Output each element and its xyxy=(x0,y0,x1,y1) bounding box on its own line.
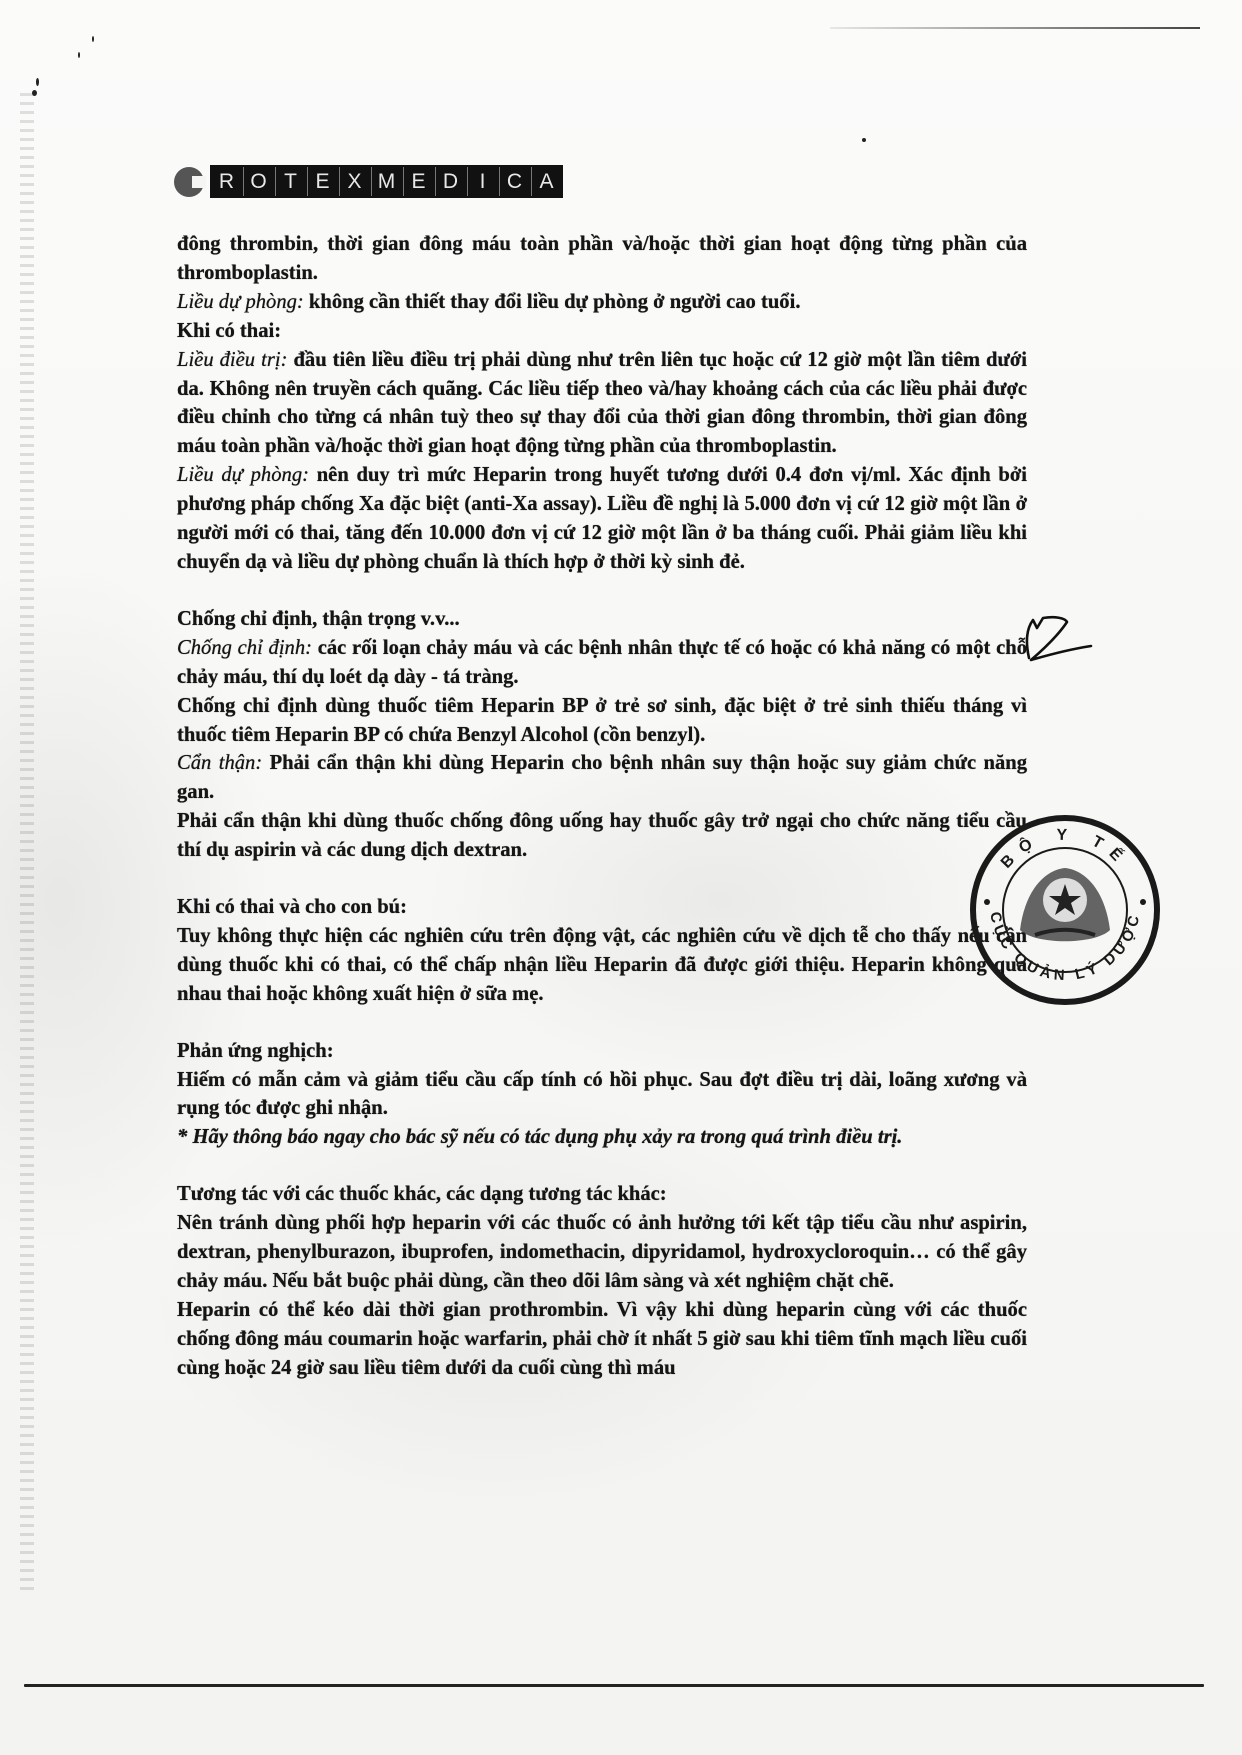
speck xyxy=(92,36,94,42)
warning-note: * Hãy thông báo ngay cho bác sỹ nếu có t… xyxy=(177,1123,1027,1152)
paragraph-text: không cần thiết thay đổi liều dự phòng ở… xyxy=(304,291,801,313)
paragraph: Hiếm có mẫn cảm và giảm tiểu cầu cấp tín… xyxy=(177,1066,1027,1124)
paragraph: đông thrombin, thời gian đông máu toàn p… xyxy=(177,230,1027,288)
logo-letter: M xyxy=(371,167,401,196)
top-rule xyxy=(830,27,1200,29)
logo-letter: E xyxy=(403,167,433,196)
paragraph-text: Phải cẩn thận khi dùng Heparin cho bệnh … xyxy=(177,752,1027,803)
paragraph-label: Chống chỉ định: xyxy=(177,637,312,659)
bottom-rule xyxy=(24,1684,1204,1687)
paragraph: Nên tránh dùng phối hợp heparin với các … xyxy=(177,1209,1027,1296)
paragraph: Tuy không thực hiện các nghiên cứu trên … xyxy=(177,922,1027,1009)
document-body: đông thrombin, thời gian đông máu toàn p… xyxy=(177,230,1027,1383)
paragraph: Chống chỉ định dùng thuốc tiêm Heparin B… xyxy=(177,692,1027,750)
logo-letter: R xyxy=(212,167,241,196)
logo-letter: D xyxy=(435,167,465,196)
speck xyxy=(862,138,866,142)
signature-mark xyxy=(1015,610,1095,670)
logo-c-symbol-icon xyxy=(174,167,204,197)
paragraph: Liều dự phòng: nên duy trì mức Heparin t… xyxy=(177,461,1027,577)
scan-edge-noise xyxy=(20,90,34,1590)
speck xyxy=(32,90,37,96)
rotexmedica-logo: R O T E X M E D I C A xyxy=(174,165,563,198)
logo-letter: T xyxy=(275,167,305,196)
paragraph-label: Liều dự phòng: xyxy=(177,464,309,486)
section-heading-contraindications: Chống chỉ định, thận trọng v.v... xyxy=(177,605,1027,634)
scanned-page: R O T E X M E D I C A đông thrombin, thờ… xyxy=(0,0,1242,1755)
paragraph: Heparin có thể kéo dài thời gian prothro… xyxy=(177,1296,1027,1383)
logo-letter: O xyxy=(243,167,273,196)
section-heading-interactions: Tương tác với các thuốc khác, các dạng t… xyxy=(177,1180,1027,1209)
logo-letter-boxes: R O T E X M E D I C A xyxy=(210,165,563,198)
paragraph-label: Liều điều trị: xyxy=(177,349,287,371)
paragraph: Cẩn thận: Phải cẩn thận khi dùng Heparin… xyxy=(177,749,1027,807)
paragraph: Liều điều trị: đầu tiên liều điều trị ph… xyxy=(177,346,1027,462)
logo-letter: C xyxy=(499,167,529,196)
paragraph-label: Liều dự phòng: xyxy=(177,291,304,313)
logo-letter: E xyxy=(307,167,337,196)
section-heading-pregnancy-lactation: Khi có thai và cho con bú: xyxy=(177,893,1027,922)
paragraph-label: Cẩn thận: xyxy=(177,752,262,774)
section-heading-pregnancy: Khi có thai: xyxy=(177,317,1027,346)
section-heading-adverse-reactions: Phản ứng nghịch: xyxy=(177,1037,1027,1066)
paragraph: Liều dự phòng: không cần thiết thay đổi … xyxy=(177,288,1027,317)
paragraph: Phải cẩn thận khi dùng thuốc chống đông … xyxy=(177,807,1027,865)
official-stamp-icon: BỘ Y TẾ CỤC QUẢN LÝ DƯỢC xyxy=(965,810,1165,1010)
speck xyxy=(78,52,80,58)
speck xyxy=(36,78,39,86)
logo-letter: I xyxy=(467,167,497,196)
paragraph: Chống chỉ định: các rối loạn chảy máu và… xyxy=(177,634,1027,692)
logo-letter: A xyxy=(531,167,561,196)
logo-letter: X xyxy=(339,167,369,196)
paragraph-text: đầu tiên liều điều trị phải dùng như trê… xyxy=(177,349,1027,458)
